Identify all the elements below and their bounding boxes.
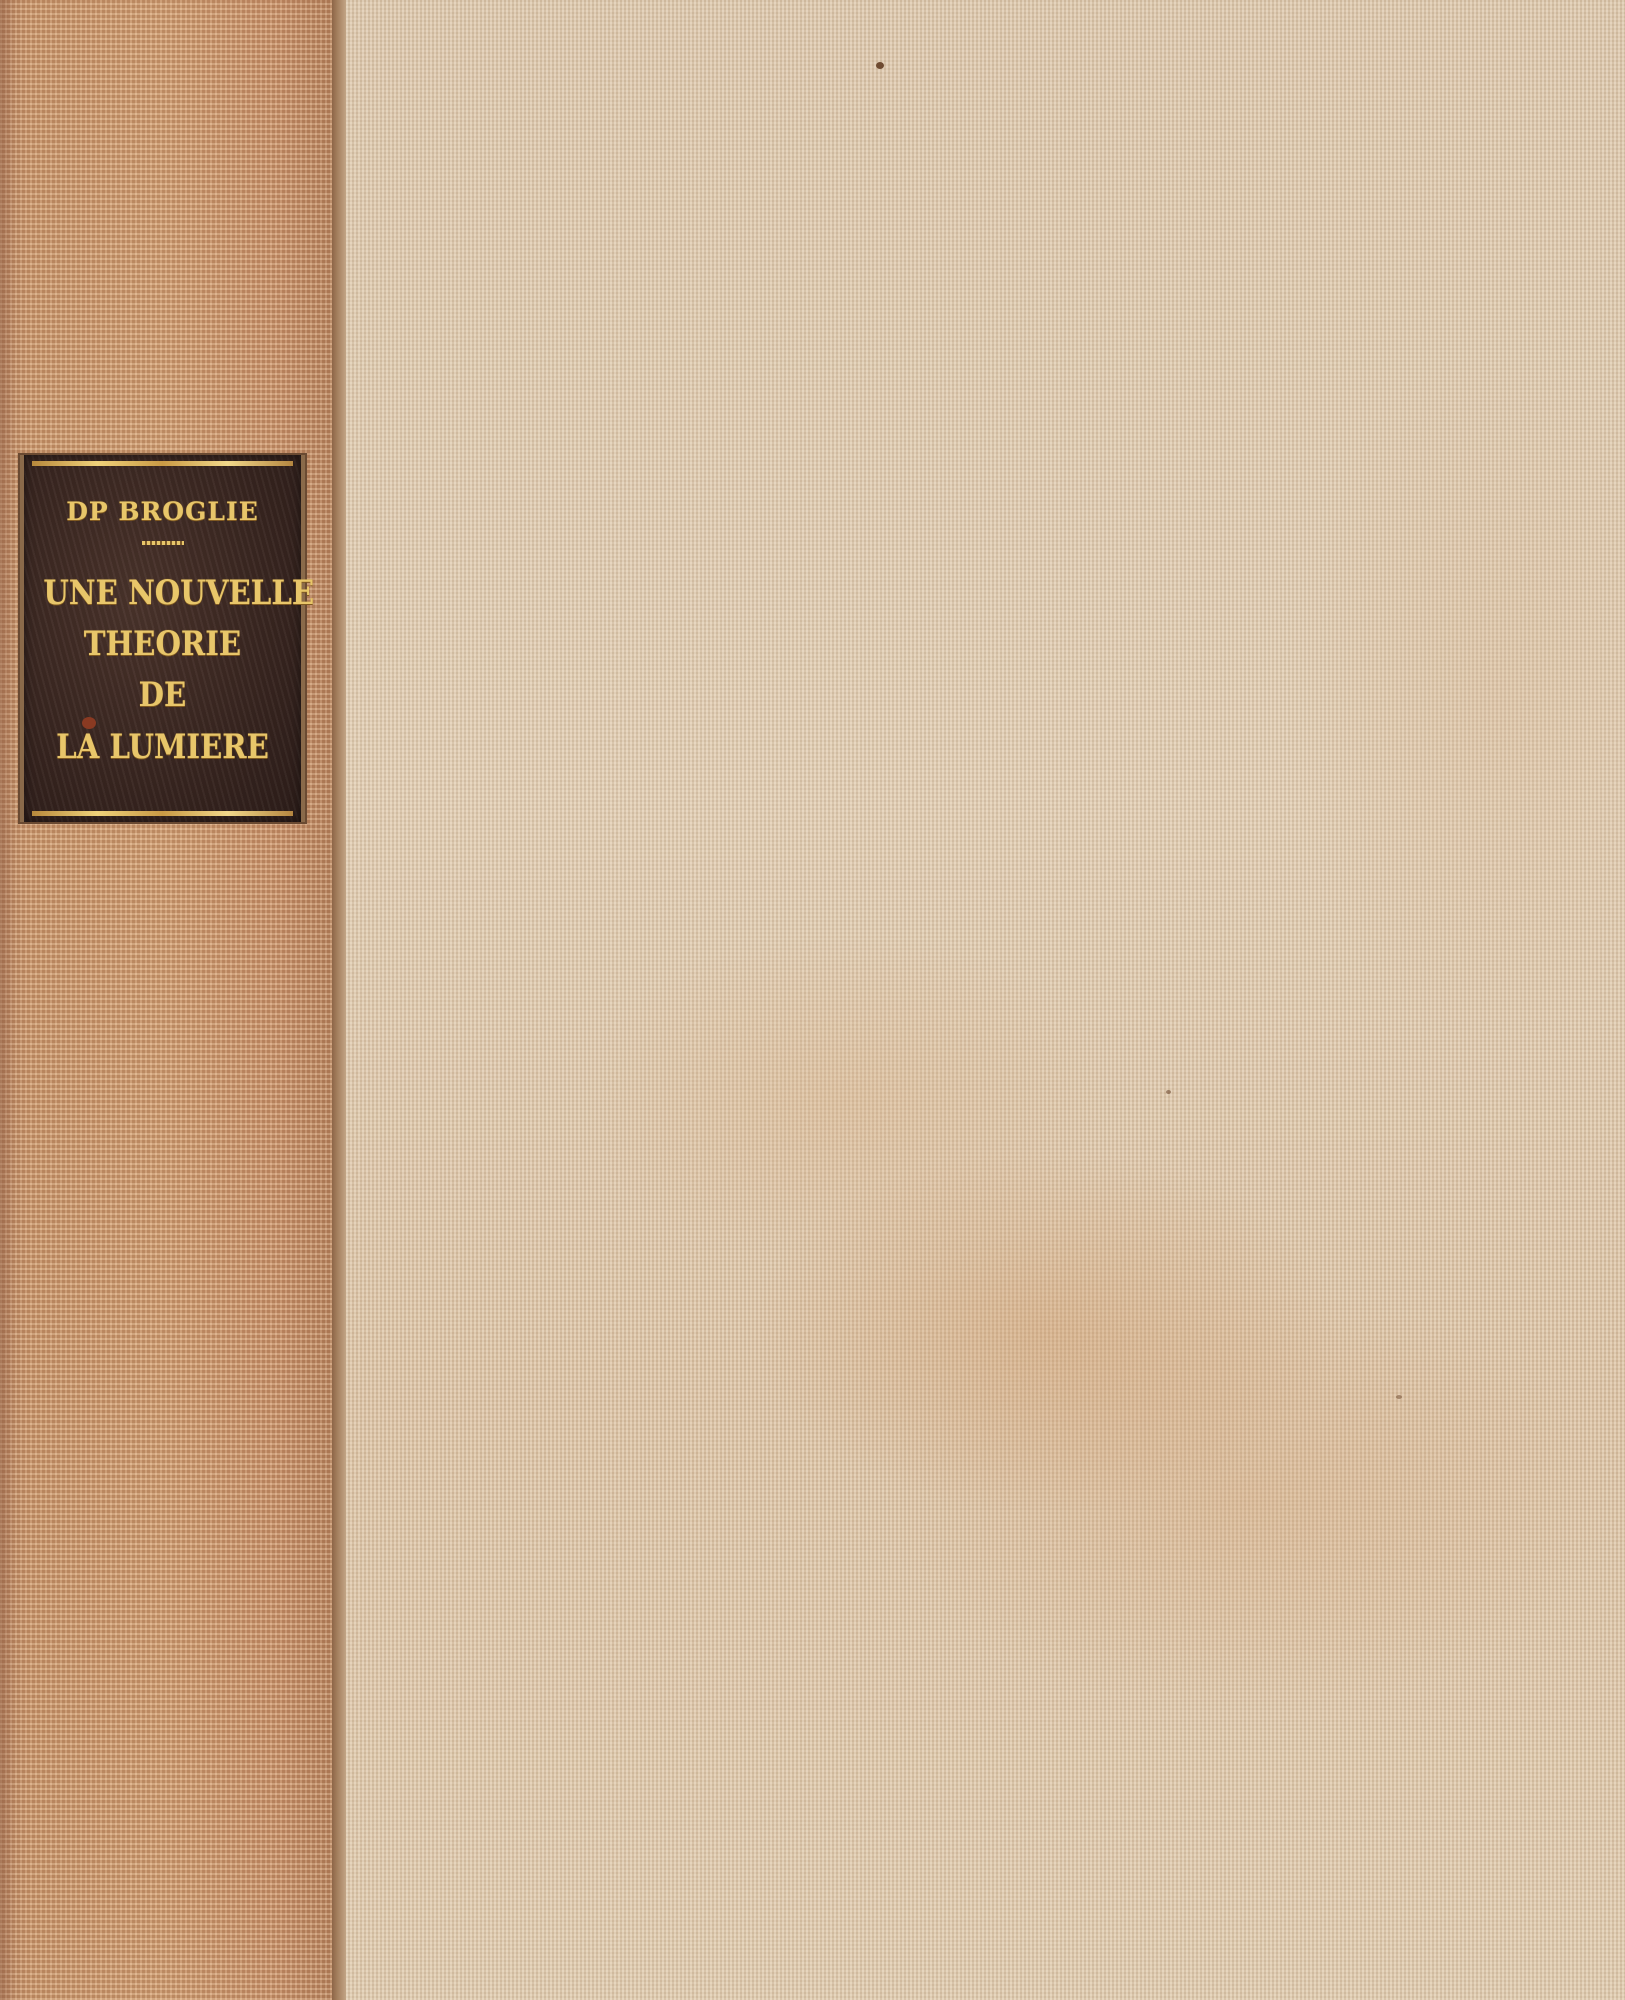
title-line-3: DE	[43, 675, 281, 715]
spine-edge-shadow	[0, 0, 14, 2000]
front-cover-cloth	[346, 0, 1625, 2000]
author-name: DP BROGLIE	[24, 497, 301, 526]
spine-title-label: DP BROGLIE UNE NOUVELLE THEORIE DE LA LU…	[20, 455, 305, 822]
title-line-4: LA LUMIERE	[43, 727, 281, 767]
leather-stain	[82, 717, 96, 729]
gold-rule-top	[32, 461, 293, 466]
cover-spot	[1166, 1090, 1171, 1094]
gold-rule-bottom	[32, 811, 293, 816]
title-line-2: THEORIE	[43, 624, 281, 664]
book-spine: DP BROGLIE UNE NOUVELLE THEORIE DE LA LU…	[0, 0, 332, 2000]
ornament-rule-icon	[142, 541, 184, 545]
cover-spot	[876, 62, 884, 69]
book-cover-scan: DP BROGLIE UNE NOUVELLE THEORIE DE LA LU…	[0, 0, 1625, 2000]
hinge-groove	[332, 0, 346, 2000]
title-line-1: UNE NOUVELLE	[43, 573, 281, 613]
cover-spot	[1396, 1395, 1402, 1399]
